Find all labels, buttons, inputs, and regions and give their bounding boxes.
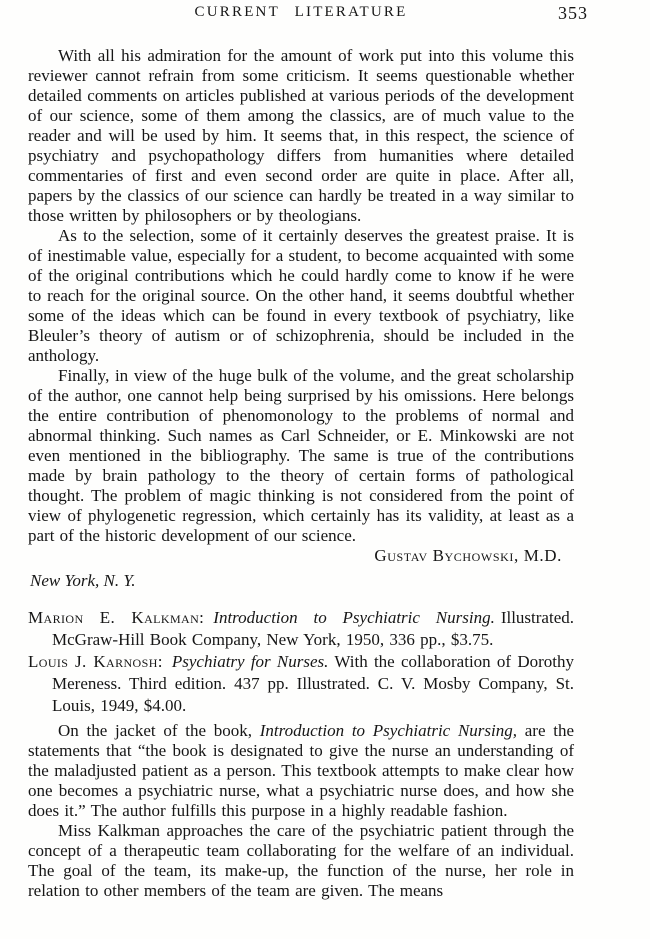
book-title-reference: Introduction to Psychiatric Nursing,	[260, 721, 517, 740]
citation-entry: Louis J. Karnosh:Psychiatry for Nurses.W…	[28, 651, 574, 717]
running-title: CURRENT LITERATURE	[28, 4, 574, 21]
reviewer-signature: Gustav Bychowski, M.D.	[28, 546, 574, 566]
reviewer-location: New York, N. Y.	[28, 571, 574, 591]
review-paragraph: With all his admiration for the amount o…	[28, 46, 574, 226]
page-header: CURRENT LITERATURE 353	[28, 4, 574, 22]
citation-author: Louis J. Karnosh:	[28, 652, 163, 671]
book-citation-list: Marion E. Kalkman:Introduction to Psychi…	[28, 607, 574, 717]
citation-book-title: Introduction to Psychiatric Nursing.	[213, 608, 495, 627]
page-number: 353	[558, 3, 588, 24]
review-paragraph: As to the selection, some of it certainl…	[28, 226, 574, 366]
citation-author: Marion E. Kalkman:	[28, 608, 204, 627]
review-paragraph: Finally, in view of the huge bulk of the…	[28, 366, 574, 546]
document-page: CURRENT LITERATURE 353 With all his admi…	[0, 0, 650, 939]
paragraph-text: On the jacket of the book,	[58, 721, 260, 740]
citation-entry: Marion E. Kalkman:Introduction to Psychi…	[28, 607, 574, 651]
review-paragraph: Miss Kalkman approaches the care of the …	[28, 821, 574, 901]
review-paragraph: On the jacket of the book, Introduction …	[28, 721, 574, 821]
review-section-nursing-books: On the jacket of the book, Introduction …	[28, 721, 574, 901]
citation-book-title: Psychiatry for Nurses.	[172, 652, 329, 671]
review-section-bychowski: With all his admiration for the amount o…	[28, 46, 574, 591]
